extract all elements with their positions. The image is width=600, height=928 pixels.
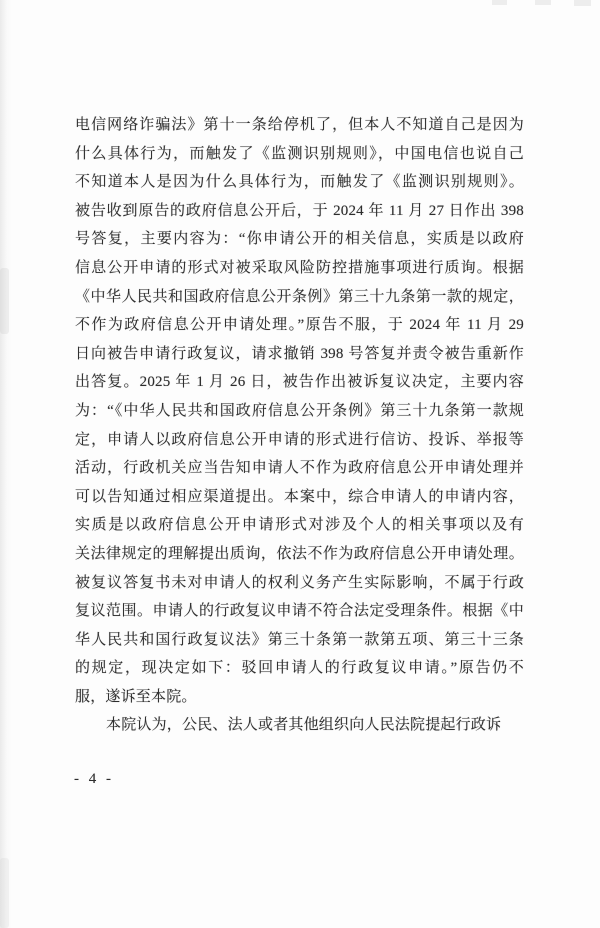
text-line: 本院认为，公民、法人或者其他组织向人民法院提起行政诉 — [75, 711, 524, 740]
text-line: 号答复，主要内容为：“你申请公开的相关信息，实质是以政府 — [75, 225, 524, 254]
text-line: 日向被告申请行政复议，请求撤销 398 号答复并责令被告重新作 — [75, 340, 524, 369]
text-line: 为：“《中华人民共和国政府信息公开条例》第三十九条第一款规 — [75, 397, 524, 426]
text-line: 活动，行政机关应当告知申请人不作为政府信息公开申请处理并 — [75, 454, 524, 483]
text-line: 出答复。2025 年 1 月 26 日，被告作出被诉复议决定，主要内容 — [75, 368, 524, 397]
text-line: 什么具体行为，而触发了《监测识别规则》，中国电信也说自己 — [75, 140, 524, 169]
scan-smudge — [492, 0, 507, 5]
scanned-document-page: 电信网络诈骗法》第十一条给停机了，但本人不知道自己是因为什么具体行为，而触发了《… — [0, 0, 600, 928]
text-line: 定，申请人以政府信息公开申请的形式进行信访、投诉、举报等 — [75, 426, 524, 455]
scan-edge-artifact — [0, 858, 9, 928]
scan-smudge — [535, 0, 551, 5]
text-line: 关法律规定的理解提出质询，依法不作为政府信息公开申请处理。 — [75, 540, 524, 569]
page-number: - 4 - — [74, 768, 114, 790]
text-line: 华人民共和国行政复议法》第三十条第一款第五项、第三十三条 — [75, 626, 524, 655]
document-body: 电信网络诈骗法》第十一条给停机了，但本人不知道自己是因为什么具体行为，而触发了《… — [75, 111, 524, 740]
text-line: 信息公开申请的形式对被采取风险防控措施事项进行质询。根据 — [75, 254, 524, 283]
text-line: 服，遂诉至本院。 — [75, 683, 524, 712]
text-line: 的规定，现决定如下：驳回申请人的行政复议申请。”原告仍不 — [75, 654, 524, 683]
text-line: 可以告知通过相应渠道提出。本案中，综合申请人的申请内容， — [75, 483, 524, 512]
scan-smudge — [574, 0, 591, 6]
text-line: 不知道本人是因为什么具体行为，而触发了《监测识别规则》。 — [75, 168, 524, 197]
text-line: 电信网络诈骗法》第十一条给停机了，但本人不知道自己是因为 — [75, 111, 524, 140]
text-line: 《中华人民共和国政府信息公开条例》第三十九条第一款的规定， — [75, 283, 524, 312]
scan-edge-artifact — [0, 268, 9, 334]
text-line: 被复议答复书未对申请人的权利义务产生实际影响，不属于行政 — [75, 569, 524, 598]
scan-edge-shadow — [0, 0, 12, 928]
text-line: 不作为政府信息公开申请处理。”原告不服，于 2024 年 11 月 29 — [75, 311, 524, 340]
text-line: 被告收到原告的政府信息公开后，于 2024 年 11 月 27 日作出 398 — [75, 197, 524, 226]
text-line: 实质是以政府信息公开申请形式对涉及个人的相关事项以及有 — [75, 511, 524, 540]
text-line: 复议范围。申请人的行政复议申请不符合法定受理条件。根据《中 — [75, 597, 524, 626]
